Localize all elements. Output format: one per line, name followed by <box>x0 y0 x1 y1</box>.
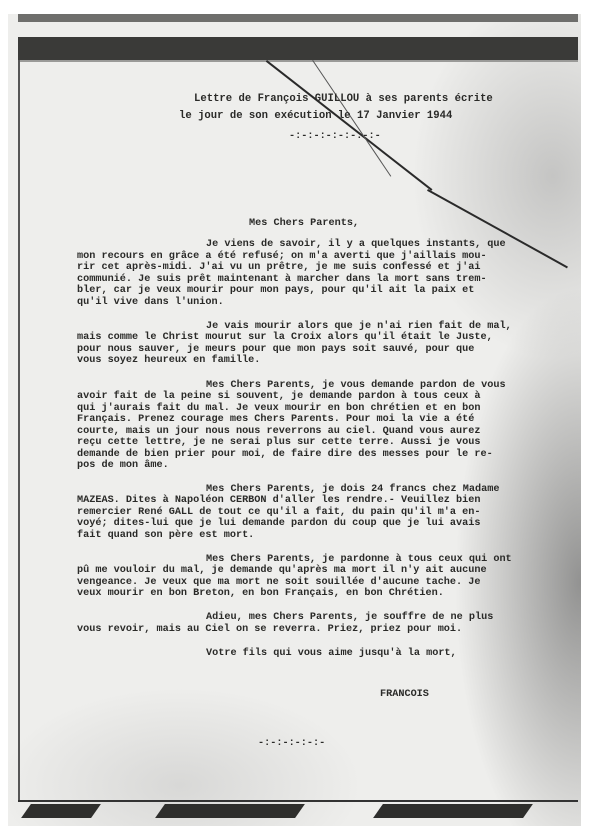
paragraph-line: qui j'aurais fait du mal. Je veux mourir… <box>77 403 481 415</box>
paragraph-line: voyé; dites-lui que je lui demande pardo… <box>77 518 481 530</box>
paragraph-line: veux mourir en bon Breton, en bon França… <box>77 588 444 600</box>
paragraph-line: demande de bien prier pour moi, de faire… <box>77 449 493 461</box>
paragraph-line: pour nous sauver, je meurs pour que mon … <box>77 344 474 356</box>
paragraph-line: Adieu, mes Chers Parents, je souffre de … <box>206 612 493 624</box>
paragraph-line: vous soyez heureux en famille. <box>77 355 260 367</box>
paragraph-line: mon recours en grâce a été refusé; on m'… <box>77 251 487 263</box>
paragraph-line: reçu cette lettre, je ne serai plus sur … <box>77 437 481 449</box>
paragraph-line: Français. Prenez courage mes Chers Paren… <box>77 414 474 426</box>
paragraph-line: vous revoir, mais au Ciel on se reverra.… <box>77 624 462 636</box>
paragraph-line: pos de mon âme. <box>77 460 169 472</box>
paragraph-line: Mes Chers Parents, je pardonne à tous ce… <box>206 554 512 566</box>
letter-title-line-2: le jour de son exécution le 17 Janvier 1… <box>179 111 452 123</box>
paragraph-line: courte, mais un jour nous nous reverrons… <box>77 426 481 438</box>
paragraph-line: vengeance. Je veux que ma mort ne soit s… <box>77 577 481 589</box>
paragraph-line: remercier René GALL de tout ce qu'il a f… <box>77 507 481 519</box>
letter-title-line-1: Lettre de François GUILLOU à ses parents… <box>194 94 493 106</box>
paragraph-line: Mes Chers Parents, je vous demande pardo… <box>206 380 506 392</box>
salutation: Mes Chers Parents, <box>249 218 359 230</box>
paragraph-line: Je viens de savoir, il y a quelques inst… <box>206 239 506 251</box>
paragraph-line: communié. Je suis prêt maintenant à marc… <box>77 274 487 286</box>
separator-top: -:-:-:-:-:-:-:- <box>289 131 381 143</box>
paragraph-line: avoir fait de la peine si souvent, je de… <box>77 391 481 403</box>
signature: FRANCOIS <box>380 689 429 701</box>
letter-body: Lettre de François GUILLOU à ses parents… <box>8 14 581 826</box>
paragraph-line: MAZEAS. Dites à Napoléon CERBON d'aller … <box>77 495 481 507</box>
paragraph-line: mais comme le Christ mourut sur la Croix… <box>77 332 493 344</box>
paragraph-line: pû me vouloir du mal, je demande qu'aprè… <box>77 565 487 577</box>
paragraph-line: fait quand son père est mort. <box>77 530 254 542</box>
paragraph-line: bler, car je veux mourir pour mon pays, … <box>77 285 474 297</box>
paragraph-line: Je vais mourir alors que je n'ai rien fa… <box>206 321 512 333</box>
separator-bottom: -:-:-:-:-:- <box>258 738 325 750</box>
scanned-letter-page: Lettre de François GUILLOU à ses parents… <box>8 14 581 826</box>
paragraph-line: rir cet après-midi. J'ai vu un prêtre, j… <box>77 262 481 274</box>
paragraph-line: qu'il vive dans l'union. <box>77 297 224 309</box>
paragraph-line: Mes Chers Parents, je dois 24 francs che… <box>206 484 499 496</box>
closing-line: Votre fils qui vous aime jusqu'à la mort… <box>206 648 457 660</box>
